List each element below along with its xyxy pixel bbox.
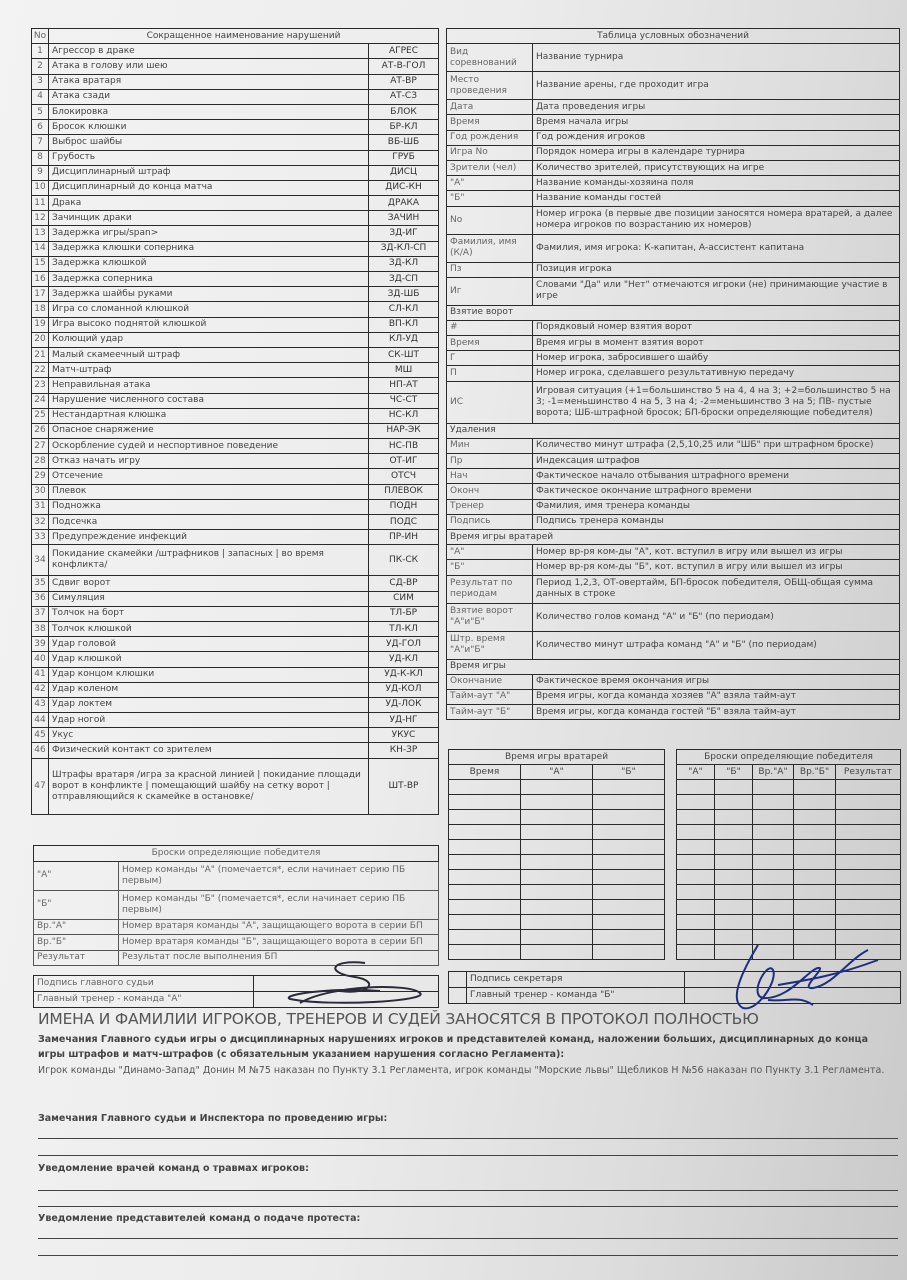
violation-name: Удар клюшкой	[49, 652, 369, 667]
shootout-cell[interactable]	[753, 855, 794, 870]
legend-key: Окончание	[447, 674, 533, 689]
shootout-legend-value: Номер вратаря команды "Б", защищающего в…	[119, 935, 439, 951]
legend-row: ПрИндексация штрафов	[447, 454, 900, 469]
legend-key: Вид соревнований	[447, 44, 533, 72]
coach-a-signature-field[interactable]	[254, 992, 439, 1008]
violation-name: Удар ногой	[49, 713, 369, 728]
goalie-time-cell[interactable]	[593, 870, 665, 885]
shootout-row	[677, 780, 901, 795]
legend-key: Тайм-аут "Б"	[447, 705, 533, 720]
goalie-time-cell[interactable]	[593, 930, 665, 945]
violation-code: ЗД-ИГ	[369, 226, 439, 241]
shootout-cell[interactable]	[836, 780, 901, 795]
shootout-cell[interactable]	[715, 900, 753, 915]
shootout-cell[interactable]	[794, 930, 836, 945]
legend-row: Результат по периодамПериод 1,2,3, ОТ-ов…	[447, 575, 900, 603]
legend-row: Фамилия, имя (К/А)Фамилия, имя игрока: К…	[447, 234, 900, 262]
goalie-time-cell[interactable]	[521, 900, 593, 915]
legend-section-title: Время игры вратарей	[447, 529, 900, 544]
violation-code: УД-НГ	[369, 713, 439, 728]
legend-row: ОкончаниеФактическое время окончания игр…	[447, 674, 900, 689]
goalie-time-cell[interactable]	[449, 780, 521, 795]
violation-name: Блокировка	[49, 104, 369, 119]
shootout-legend-value: Номер команды "А" (помечается*, если нач…	[119, 861, 439, 890]
goalie-time-cell[interactable]	[593, 855, 665, 870]
shootout-cell[interactable]	[715, 810, 753, 825]
secretary-signature-field[interactable]	[685, 972, 901, 988]
shootout-cell[interactable]	[794, 780, 836, 795]
goalie-time-cell[interactable]	[449, 915, 521, 930]
violation-row: 4Атака сзадиАТ-СЗ	[32, 89, 439, 104]
violation-number: 41	[32, 667, 49, 682]
violation-row: 20Колющий ударКЛ-УД	[32, 332, 439, 347]
violation-number: 21	[32, 347, 49, 362]
goalie-time-column-header: "Б"	[593, 765, 665, 780]
shootout-cell[interactable]	[836, 885, 901, 900]
shootout-cell[interactable]	[794, 810, 836, 825]
violations-header-no: No	[32, 29, 49, 44]
violation-row: 26Опасное снаряжениеНАР-ЭК	[32, 423, 439, 438]
legend-row: ОкончФактическое окончание штрафного вре…	[447, 484, 900, 499]
violation-name: Атака в голову или шею	[49, 59, 369, 74]
legend-key: Время	[447, 115, 533, 130]
shootout-cell[interactable]	[836, 855, 901, 870]
legend-key: Оконч	[447, 484, 533, 499]
legend-value: Время игры, когда команда гостей "Б" взя…	[533, 705, 900, 720]
legend-value: Название турнира	[533, 44, 900, 72]
shootout-cell[interactable]	[715, 930, 753, 945]
goalie-time-cell[interactable]	[449, 795, 521, 810]
goalie-time-cell[interactable]	[521, 945, 593, 960]
goalie-time-cell[interactable]	[449, 870, 521, 885]
legend-value: Период 1,2,3, ОТ-овертайм, БП-бросок поб…	[533, 575, 900, 603]
violation-code: ЗАЧИН	[369, 211, 439, 226]
legend-key: Место проведения	[447, 72, 533, 100]
inspector-remarks-line-2[interactable]	[38, 1155, 898, 1156]
goalie-time-row	[449, 945, 665, 960]
referee-remarks-value[interactable]: Игрок команды "Динамо-Запад" Донин М №75…	[38, 1063, 898, 1078]
violation-name: Плевок	[49, 484, 369, 499]
shootout-row	[677, 810, 901, 825]
goalie-time-cell[interactable]	[521, 885, 593, 900]
violation-number: 6	[32, 120, 49, 135]
goalie-time-cell[interactable]	[449, 855, 521, 870]
shootout-cell[interactable]	[677, 780, 715, 795]
legend-value: Фактическое окончание штрафного времени	[533, 484, 900, 499]
goalie-time-cell[interactable]	[521, 825, 593, 840]
violation-row: 10Дисциплинарный до конца матчаДИС-КН	[32, 180, 439, 195]
goalie-time-cell[interactable]	[593, 810, 665, 825]
shootout-cell[interactable]	[677, 885, 715, 900]
legend-row: Игра NoПорядок номера игры в календаре т…	[447, 145, 900, 160]
legend-value: Дата проведения игры	[533, 100, 900, 115]
legend-row: Вид соревнованийНазвание турнира	[447, 44, 900, 72]
legend-value: Название команды гостей	[533, 191, 900, 206]
legend-value: Номер вр-ря ком-ды "А", кот. вступил в и…	[533, 545, 900, 560]
legend-row: "А"Номер вр-ря ком-ды "А", кот. вступил …	[447, 545, 900, 560]
shootout-cell[interactable]	[715, 915, 753, 930]
goalie-time-cell[interactable]	[593, 945, 665, 960]
violation-row: 24Нарушение численного составаЧС-СТ	[32, 393, 439, 408]
shootout-legend-key: Результат	[34, 950, 119, 966]
injuries-line-2[interactable]	[38, 1206, 898, 1207]
goalie-time-cell[interactable]	[593, 825, 665, 840]
violation-number: 25	[32, 408, 49, 423]
shootout-cell[interactable]	[753, 930, 794, 945]
violation-name: Матч-штраф	[49, 363, 369, 378]
legend-key: Пр	[447, 454, 533, 469]
violation-row: 6Бросок клюшкиБР-КЛ	[32, 120, 439, 135]
legend-value: Количество голов команд "А" и "Б" (по пе…	[533, 603, 900, 631]
violation-code: ПОДС	[369, 515, 439, 530]
violation-name: Задержка клюшкой	[49, 256, 369, 271]
violation-code: УД-К-КЛ	[369, 667, 439, 682]
goalie-time-cell[interactable]	[449, 885, 521, 900]
violation-row: 33Предупреждение инфекцийПР-ИН	[32, 530, 439, 545]
shootout-cell[interactable]	[715, 885, 753, 900]
goalie-time-cell[interactable]	[593, 900, 665, 915]
shootout-cell[interactable]	[836, 870, 901, 885]
violation-number: 18	[32, 302, 49, 317]
shootout-cell[interactable]	[715, 825, 753, 840]
violation-number: 3	[32, 74, 49, 89]
shootout-cell[interactable]	[794, 825, 836, 840]
goalie-time-title: Время игры вратарей	[449, 750, 665, 765]
violation-name: Толчок на борт	[49, 606, 369, 621]
violation-name: Бросок клюшки	[49, 120, 369, 135]
goalie-time-cell[interactable]	[593, 795, 665, 810]
goalie-time-row	[449, 855, 665, 870]
shootout-cell[interactable]	[794, 900, 836, 915]
shootout-cell[interactable]	[715, 795, 753, 810]
violation-number: 13	[32, 226, 49, 241]
shootout-cell[interactable]	[677, 930, 715, 945]
violation-name: Физический контакт со зрителем	[49, 743, 369, 758]
legend-row: ВремяВремя начала игры	[447, 115, 900, 130]
shootout-cell[interactable]	[753, 795, 794, 810]
shootout-cell[interactable]	[794, 885, 836, 900]
shootout-cell[interactable]	[753, 810, 794, 825]
violation-name: Предупреждение инфекций	[49, 530, 369, 545]
violation-code: ВБ-ШБ	[369, 135, 439, 150]
shootout-column-header: "А"	[677, 765, 715, 780]
shootout-row	[677, 885, 901, 900]
coach-b-signature-field[interactable]	[685, 988, 901, 1004]
violation-code: ПЛЕВОК	[369, 484, 439, 499]
shootout-cell[interactable]	[836, 930, 901, 945]
violation-code: НС-КЛ	[369, 408, 439, 423]
legend-value: Порядковый номер взятия ворот	[533, 320, 900, 335]
violation-name: Атака сзади	[49, 89, 369, 104]
legend-key: Иг	[447, 277, 533, 305]
violation-row: 23Неправильная атакаНП-АТ	[32, 378, 439, 393]
violation-code: УД-КОЛ	[369, 682, 439, 697]
violation-name: Драка	[49, 196, 369, 211]
legend-key: Год рождения	[447, 130, 533, 145]
violation-row: 47Штрафы вратаря /игра за красной линией…	[32, 758, 439, 814]
legend-value: Время начала игры	[533, 115, 900, 130]
legend-row: Место проведенияНазвание арены, где прох…	[447, 72, 900, 100]
injuries-line-1[interactable]	[38, 1190, 898, 1191]
shootout-cell[interactable]	[677, 810, 715, 825]
violation-code: БР-КЛ	[369, 120, 439, 135]
legend-key: Зрители (чел)	[447, 160, 533, 175]
shootout-cell[interactable]	[753, 840, 794, 855]
violation-code: АТ-СЗ	[369, 89, 439, 104]
violation-code: ГРУБ	[369, 150, 439, 165]
violation-number: 10	[32, 180, 49, 195]
shootout-cell[interactable]	[794, 840, 836, 855]
goalie-time-row	[449, 930, 665, 945]
legend-key: Штр. время "А"и"Б"	[447, 631, 533, 659]
goalie-time-cell[interactable]	[521, 780, 593, 795]
violation-number: 44	[32, 713, 49, 728]
violation-row: 27Оскорбление судей и неспортивное повед…	[32, 439, 439, 454]
violation-name: Игра высоко поднятой клюшкой	[49, 317, 369, 332]
legend-row: Тайм-аут "А"Время игры, когда команда хо…	[447, 689, 900, 704]
violation-row: 13Задержка игры/span>ЗД-ИГ	[32, 226, 439, 241]
legend-value: Игровая ситуация (+1=большинство 5 на 4,…	[533, 381, 900, 423]
shootout-cell[interactable]	[753, 885, 794, 900]
signature-table-right: Подпись секретаря Главный тренер - коман…	[448, 971, 901, 1004]
shootout-legend-row: Вр."Б"Номер вратаря команды "Б", защищаю…	[34, 935, 439, 951]
shootout-cell[interactable]	[753, 915, 794, 930]
violation-number: 24	[32, 393, 49, 408]
legend-section-row: Время игры вратарей	[447, 529, 900, 544]
legend-row: ГНомер игрока, забросившего шайбу	[447, 351, 900, 366]
shootout-cell[interactable]	[715, 945, 753, 960]
violation-row: 22Матч-штрафМШ	[32, 363, 439, 378]
violation-code: НС-ПВ	[369, 439, 439, 454]
violation-number: 43	[32, 697, 49, 712]
referee-signature-field[interactable]	[254, 976, 439, 992]
shootout-cell[interactable]	[715, 870, 753, 885]
goalie-time-cell[interactable]	[593, 915, 665, 930]
violation-code: ДИС-КН	[369, 180, 439, 195]
goalie-time-cell[interactable]	[521, 840, 593, 855]
shootout-cell[interactable]	[753, 945, 794, 960]
violation-row: 3Атака вратаряАТ-ВР	[32, 74, 439, 89]
violation-row: 34Покидание скамейки /штрафников | запас…	[32, 545, 439, 576]
shootout-cell[interactable]	[836, 825, 901, 840]
goalie-time-cell[interactable]	[449, 900, 521, 915]
goalie-time-cell[interactable]	[521, 855, 593, 870]
violation-number: 27	[32, 439, 49, 454]
shootout-cell[interactable]	[794, 945, 836, 960]
goalie-time-column-header: Время	[449, 765, 521, 780]
goalie-time-cell[interactable]	[449, 840, 521, 855]
violation-name: Подсечка	[49, 515, 369, 530]
goalie-time-cell[interactable]	[521, 930, 593, 945]
goalie-time-row	[449, 915, 665, 930]
legend-row: "Б"Номер вр-ря ком-ды "Б", кот. вступил …	[447, 560, 900, 575]
legend-key: П	[447, 366, 533, 381]
goalie-time-cell[interactable]	[449, 825, 521, 840]
shootout-cell[interactable]	[677, 945, 715, 960]
protest-line-2[interactable]	[38, 1255, 898, 1256]
violation-row: 36СимуляцияСИМ	[32, 591, 439, 606]
shootout-cell[interactable]	[836, 900, 901, 915]
violation-row: 35Сдвиг воротСД-ВР	[32, 576, 439, 591]
violation-name: Опасное снаряжение	[49, 423, 369, 438]
referee-signature-label: Подпись главного судьи	[34, 976, 254, 992]
legend-value: Год рождения игроков	[533, 130, 900, 145]
violation-code: ТЛ-БР	[369, 606, 439, 621]
shootout-cell[interactable]	[677, 855, 715, 870]
shootout-cell[interactable]	[794, 855, 836, 870]
legend-value: Время игры в момент взятия ворот	[533, 336, 900, 351]
violation-row: 45УкусУКУС	[32, 728, 439, 743]
goalie-time-row	[449, 810, 665, 825]
legend-row: Взятие ворот "А"и"Б"Количество голов ком…	[447, 603, 900, 631]
shootout-cell[interactable]	[794, 870, 836, 885]
goalie-time-cell[interactable]	[449, 930, 521, 945]
violation-code: УД-ГОЛ	[369, 637, 439, 652]
shootout-cell[interactable]	[753, 825, 794, 840]
legend-row: NoНомер игрока (в первые две позиции зан…	[447, 206, 900, 234]
violation-number: 31	[32, 499, 49, 514]
shootout-cell[interactable]	[794, 795, 836, 810]
violation-number: 37	[32, 606, 49, 621]
violation-code: КН-ЗР	[369, 743, 439, 758]
violation-number: 36	[32, 591, 49, 606]
shootout-column-header: Результат	[836, 765, 901, 780]
violation-code: ТЛ-КЛ	[369, 621, 439, 636]
goalie-time-cell[interactable]	[449, 810, 521, 825]
shootout-cell[interactable]	[677, 900, 715, 915]
legend-value: Количество минут штрафа (2,5,10,25 или "…	[533, 438, 900, 453]
goalie-time-cell[interactable]	[593, 885, 665, 900]
violation-row: 44Удар ногойУД-НГ	[32, 713, 439, 728]
violation-code: НП-АТ	[369, 378, 439, 393]
shootout-cell[interactable]	[836, 915, 901, 930]
legend-value: Фактическое начало отбывания штрафного в…	[533, 469, 900, 484]
spacer-cell	[449, 988, 467, 1004]
violation-row: 25Нестандартная клюшкаНС-КЛ	[32, 408, 439, 423]
protest-line-1[interactable]	[38, 1238, 898, 1239]
shootout-cell[interactable]	[677, 795, 715, 810]
violation-row: 46Физический контакт со зрителемКН-ЗР	[32, 743, 439, 758]
goalie-time-cell[interactable]	[521, 915, 593, 930]
legend-key: Результат по периодам	[447, 575, 533, 603]
legend-key: "Б"	[447, 191, 533, 206]
shootout-cell[interactable]	[836, 795, 901, 810]
violation-code: АТ-В-ГОЛ	[369, 59, 439, 74]
legend-row: МинКоличество минут штрафа (2,5,10,25 ил…	[447, 438, 900, 453]
goalie-time-cell[interactable]	[521, 870, 593, 885]
violation-row: 40Удар клюшкойУД-КЛ	[32, 652, 439, 667]
violation-name: Удар локтем	[49, 697, 369, 712]
shootout-row	[677, 945, 901, 960]
legend-section-title: Взятие ворот	[447, 305, 900, 320]
goalie-time-cell[interactable]	[521, 810, 593, 825]
shootout-legend-row: "А"Номер команды "А" (помечается*, если …	[34, 861, 439, 890]
violation-name: Колющий удар	[49, 332, 369, 347]
legend-section-row: Удаления	[447, 423, 900, 438]
goalie-time-cell[interactable]	[449, 945, 521, 960]
shootout-cell[interactable]	[677, 915, 715, 930]
violation-name: Штрафы вратаря /игра за красной линией |…	[49, 758, 369, 814]
legend-key: #	[447, 320, 533, 335]
shootout-cell[interactable]	[836, 945, 901, 960]
violation-code: ПК-СК	[369, 545, 439, 576]
signature-table-left: Подпись главного судьи Главный тренер - …	[33, 975, 439, 1008]
legend-value: Название арены, где проходит игра	[533, 72, 900, 100]
violation-name: Агрессор в драке	[49, 44, 369, 59]
legend-row: ДатаДата проведения игры	[447, 100, 900, 115]
goalie-time-table: Время игры вратарей Время"А""Б"	[448, 749, 665, 960]
inspector-remarks-line-1[interactable]	[38, 1138, 898, 1139]
violation-number: 40	[32, 652, 49, 667]
violation-name: Грубость	[49, 150, 369, 165]
goalie-time-cell[interactable]	[521, 795, 593, 810]
violation-code: УКУС	[369, 728, 439, 743]
spacer-cell	[449, 972, 467, 988]
violation-code: ПР-ИН	[369, 530, 439, 545]
shootout-legend-value: Номер команды "Б" (помечается*, если нач…	[119, 890, 439, 919]
shootout-legend-key: Вр."Б"	[34, 935, 119, 951]
violation-number: 14	[32, 241, 49, 256]
violation-name: Выброс шайбы	[49, 135, 369, 150]
shootout-cell[interactable]	[836, 810, 901, 825]
violation-code: ШТ-ВР	[369, 758, 439, 814]
goalie-time-cell[interactable]	[593, 780, 665, 795]
violation-number: 20	[32, 332, 49, 347]
violation-name: Удар головой	[49, 637, 369, 652]
shootout-cell[interactable]	[677, 825, 715, 840]
violation-number: 46	[32, 743, 49, 758]
shootout-cell[interactable]	[715, 855, 753, 870]
shootout-cell[interactable]	[677, 870, 715, 885]
legend-section-title: Время игры	[447, 659, 900, 674]
goalie-time-cell[interactable]	[593, 840, 665, 855]
shootout-legend-table: Броски определяющие победителя "А"Номер …	[33, 845, 439, 966]
shootout-cell[interactable]	[677, 840, 715, 855]
violation-code: НАР-ЭК	[369, 423, 439, 438]
violation-code: ОТ-ИГ	[369, 454, 439, 469]
shootout-cell[interactable]	[753, 870, 794, 885]
shootout-cell[interactable]	[794, 915, 836, 930]
referee-remarks-label: Замечания Главного судьи игры о дисципли…	[38, 1032, 898, 1062]
shootout-cell[interactable]	[836, 840, 901, 855]
violation-number: 17	[32, 287, 49, 302]
legend-key: No	[447, 206, 533, 234]
shootout-row	[677, 930, 901, 945]
legend-value: Индексация штрафов	[533, 454, 900, 469]
violation-number: 47	[32, 758, 49, 814]
legend-row: ПзПозиция игрока	[447, 262, 900, 277]
shootout-row	[677, 915, 901, 930]
legend-value: Позиция игрока	[533, 262, 900, 277]
violation-row: 38Толчок клюшкойТЛ-КЛ	[32, 621, 439, 636]
shootout-cell[interactable]	[753, 780, 794, 795]
violation-row: 43Удар локтемУД-ЛОК	[32, 697, 439, 712]
shootout-cell[interactable]	[715, 840, 753, 855]
violation-row: 5БлокировкаБЛОК	[32, 104, 439, 119]
violation-name: Удар коленом	[49, 682, 369, 697]
violation-row: 17Задержка шайбы рукамиЗД-ШБ	[32, 287, 439, 302]
legend-row: ТренерФамилия, имя тренера команды	[447, 499, 900, 514]
legend-row: #Порядковый номер взятия ворот	[447, 320, 900, 335]
violation-row: 18Игра со сломанной клюшкойСЛ-КЛ	[32, 302, 439, 317]
shootout-row	[677, 870, 901, 885]
violation-name: Малый скамеечный штраф	[49, 347, 369, 362]
goalie-time-row	[449, 870, 665, 885]
shootout-cell[interactable]	[715, 780, 753, 795]
shootout-cell[interactable]	[753, 900, 794, 915]
legend-key: "А"	[447, 545, 533, 560]
violation-number: 26	[32, 423, 49, 438]
